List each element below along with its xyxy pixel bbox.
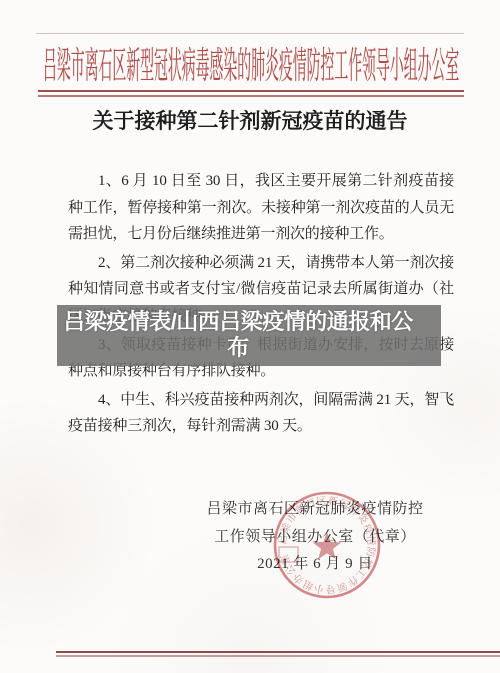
notice-document-photo: 吕梁市离石区新型冠状病毒感染的肺炎疫情防控工作领导小组办公室 关于接种第二针剂新… bbox=[0, 0, 500, 673]
footer-double-rule bbox=[56, 651, 500, 657]
caption-overlay-box: 吕梁疫情表/山西吕梁疫情的通报和公 布 bbox=[57, 305, 441, 366]
letterhead-double-rule bbox=[38, 90, 464, 97]
paragraph-1: 1、6 月 10 日至 30 日，我区主要开展第二针剂疫苗接种工作，暂停接种第一… bbox=[68, 168, 454, 248]
footer-rule-lower bbox=[56, 655, 500, 657]
footer-rule-upper bbox=[56, 651, 500, 653]
official-seal-stamp: 吕梁市离石区新冠肺炎疫情防控工作领导小组办公室 bbox=[267, 485, 387, 605]
letterhead-rule-lower bbox=[38, 95, 464, 97]
letterhead-rule-upper bbox=[38, 90, 464, 92]
banner-top-line bbox=[36, 33, 464, 34]
caption-line-2: 布 bbox=[59, 335, 417, 361]
notice-title: 关于接种第二针剂新冠疫苗的通告 bbox=[0, 105, 500, 135]
paragraph-4: 4、中生、科兴疫苗接种两剂次，间隔需满 21 天，智飞疫苗接种三剂次，每针剂需满… bbox=[68, 387, 454, 440]
caption-line-1: 吕梁疫情表/山西吕梁疫情的通报和公 bbox=[59, 309, 417, 335]
letterhead-org-name: 吕梁市离石区新型冠状病毒感染的肺炎疫情防控工作领导小组办公室 bbox=[43, 46, 459, 88]
